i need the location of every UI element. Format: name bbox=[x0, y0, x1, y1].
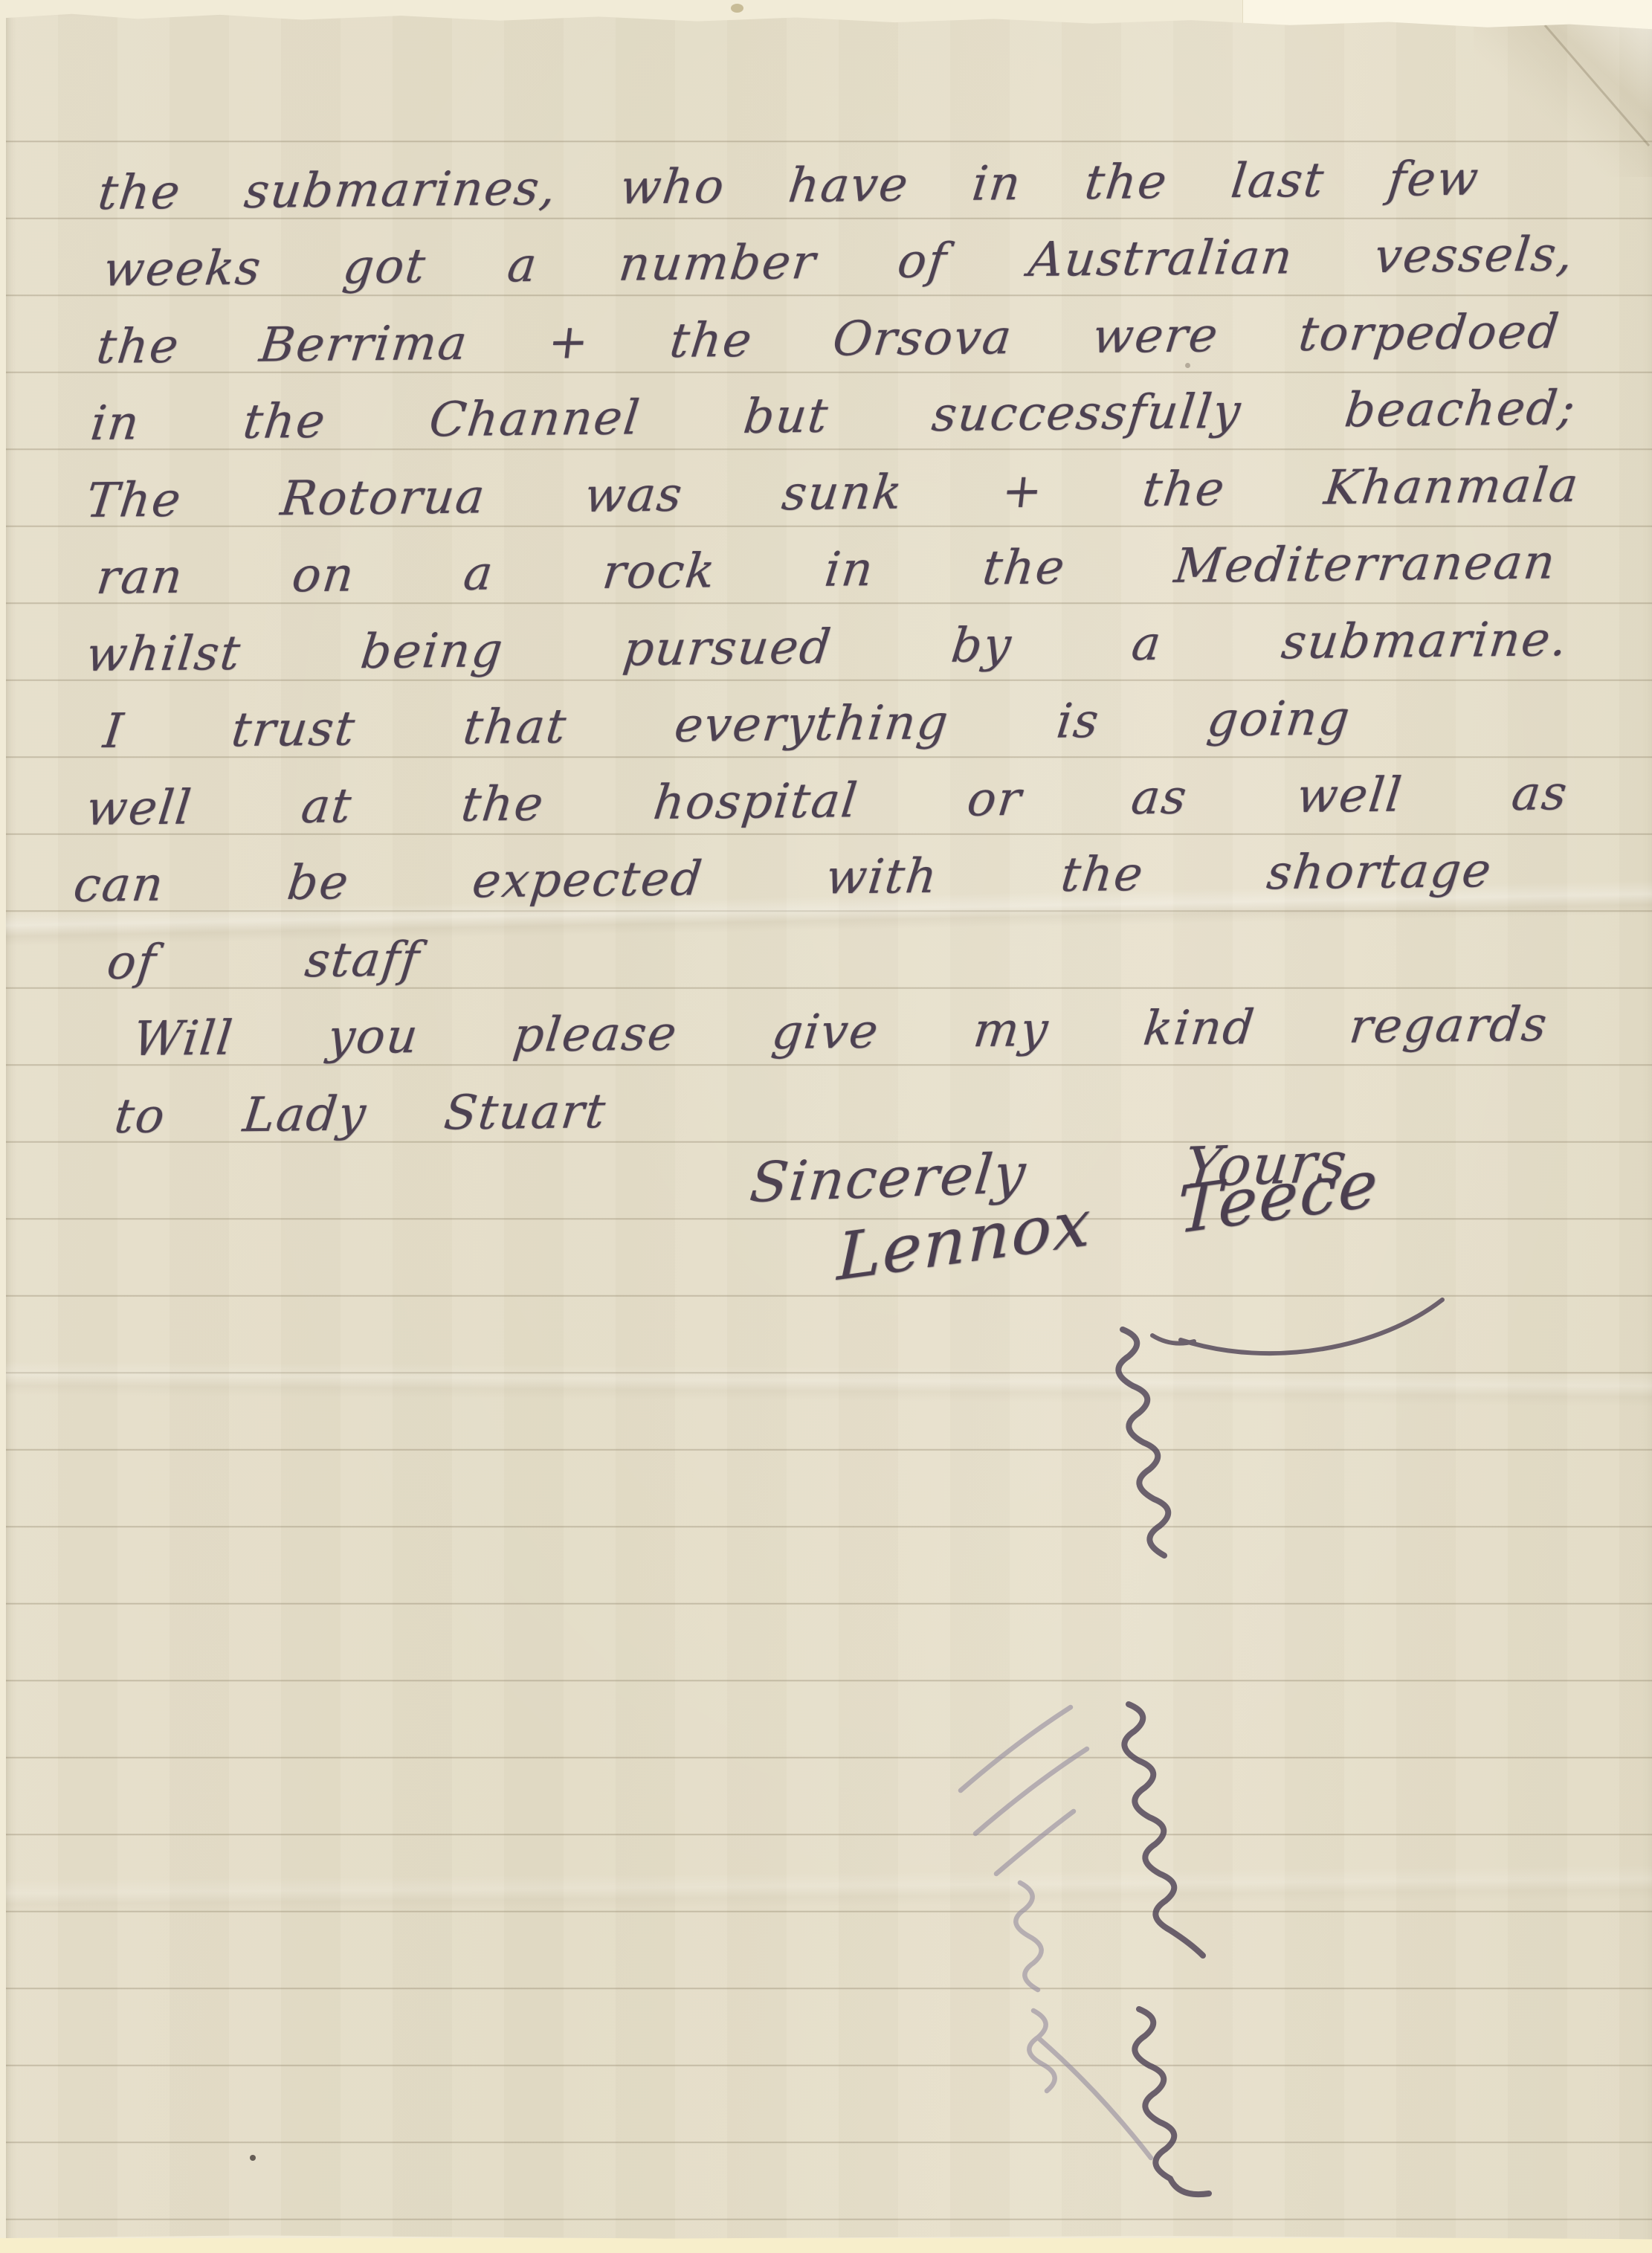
paper-fold-corner bbox=[1474, 21, 1652, 177]
letter-line: ofstaff bbox=[104, 931, 423, 992]
letter-line: toLadyStuart bbox=[112, 1083, 610, 1146]
ink-speck bbox=[250, 2155, 256, 2161]
stain-speck bbox=[731, 4, 743, 13]
letter-paper: thesubmarines,whohaveinthelastfew weeksg… bbox=[6, 0, 1652, 2243]
scan-background: thesubmarines,whohaveinthelastfew weeksg… bbox=[0, 0, 1652, 2253]
scan-backing-bottom-strip bbox=[0, 2238, 1652, 2253]
